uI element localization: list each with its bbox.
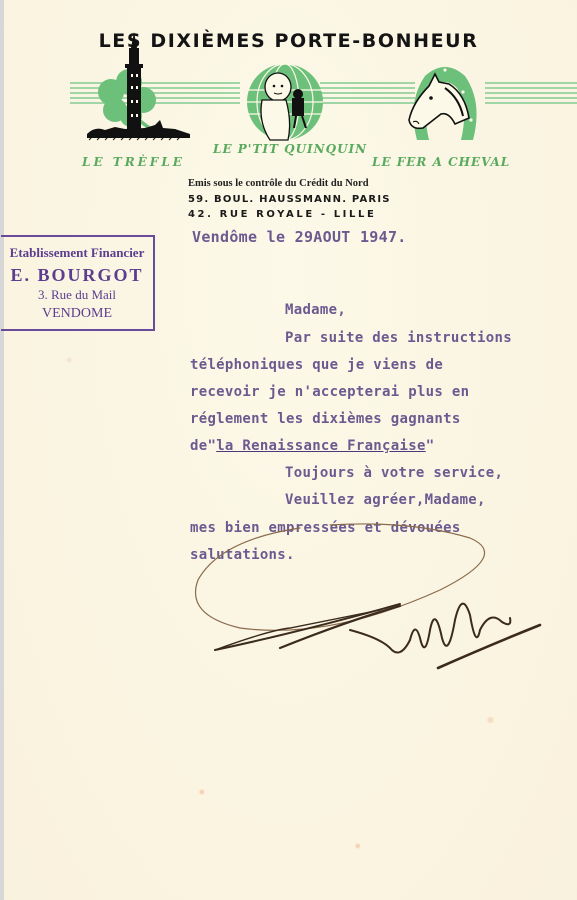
date-line: Vendôme le 29AOUT 1947.: [192, 228, 407, 246]
clover-tower-icon: [85, 30, 195, 145]
letter-page: LES DIXIÈMES PORTE-BONHEUR: [0, 0, 577, 900]
stamp-line-2: E. BOURGOT: [1, 265, 153, 286]
caption-quinquin: LE P'TIT QUINQUIN: [213, 142, 367, 156]
green-lines-right: [485, 82, 577, 110]
horseshoe-horse-icon: [405, 62, 485, 142]
scan-edge: [0, 0, 4, 900]
salutation: Madame,: [285, 302, 346, 318]
caption-trefle: LE TRÈFLE: [82, 155, 185, 169]
handwritten-signature: [180, 520, 570, 684]
renaissance-francaise: la Renaissance Française: [216, 438, 426, 454]
address-paris: 59. BOUL. HAUSSMANN. PARIS: [188, 194, 391, 205]
body-line-5: de"la Renaissance Française": [190, 438, 434, 454]
body-line-3: recevoir je n'accepterai plus en: [190, 384, 469, 400]
rubber-stamp: Etablissement Financier E. BOURGOT 3. Ru…: [1, 235, 155, 331]
body-line-4: réglement les dixièmes gagnants: [190, 411, 461, 427]
stamp-line-4: VENDOME: [1, 306, 153, 322]
body-line-5-prefix: de": [190, 438, 216, 454]
caption-fer-a-cheval: LE FER A CHEVAL: [372, 155, 510, 169]
address-lille: 42. RUE ROYALE - LILLE: [188, 209, 391, 220]
stamp-line-1: Etablissement Financier: [1, 245, 153, 261]
quinquin-globe-icon: [240, 62, 330, 142]
issuer-line: Emis sous le contrôle du Crédit du Nord: [188, 178, 391, 189]
issuer-block: Emis sous le contrôle du Crédit du Nord …: [188, 178, 391, 220]
closing-line-2: Veuillez agréer,Madame,: [285, 492, 486, 508]
body-line-5-suffix: ": [426, 438, 435, 454]
body-line-1: Par suite des instructions: [285, 330, 512, 346]
closing-line-1: Toujours à votre service,: [285, 465, 503, 481]
stamp-line-3: 3. Rue du Mail: [1, 287, 153, 303]
green-lines-middle: [320, 82, 415, 110]
body-line-2: téléphoniques que je viens de: [190, 357, 443, 373]
